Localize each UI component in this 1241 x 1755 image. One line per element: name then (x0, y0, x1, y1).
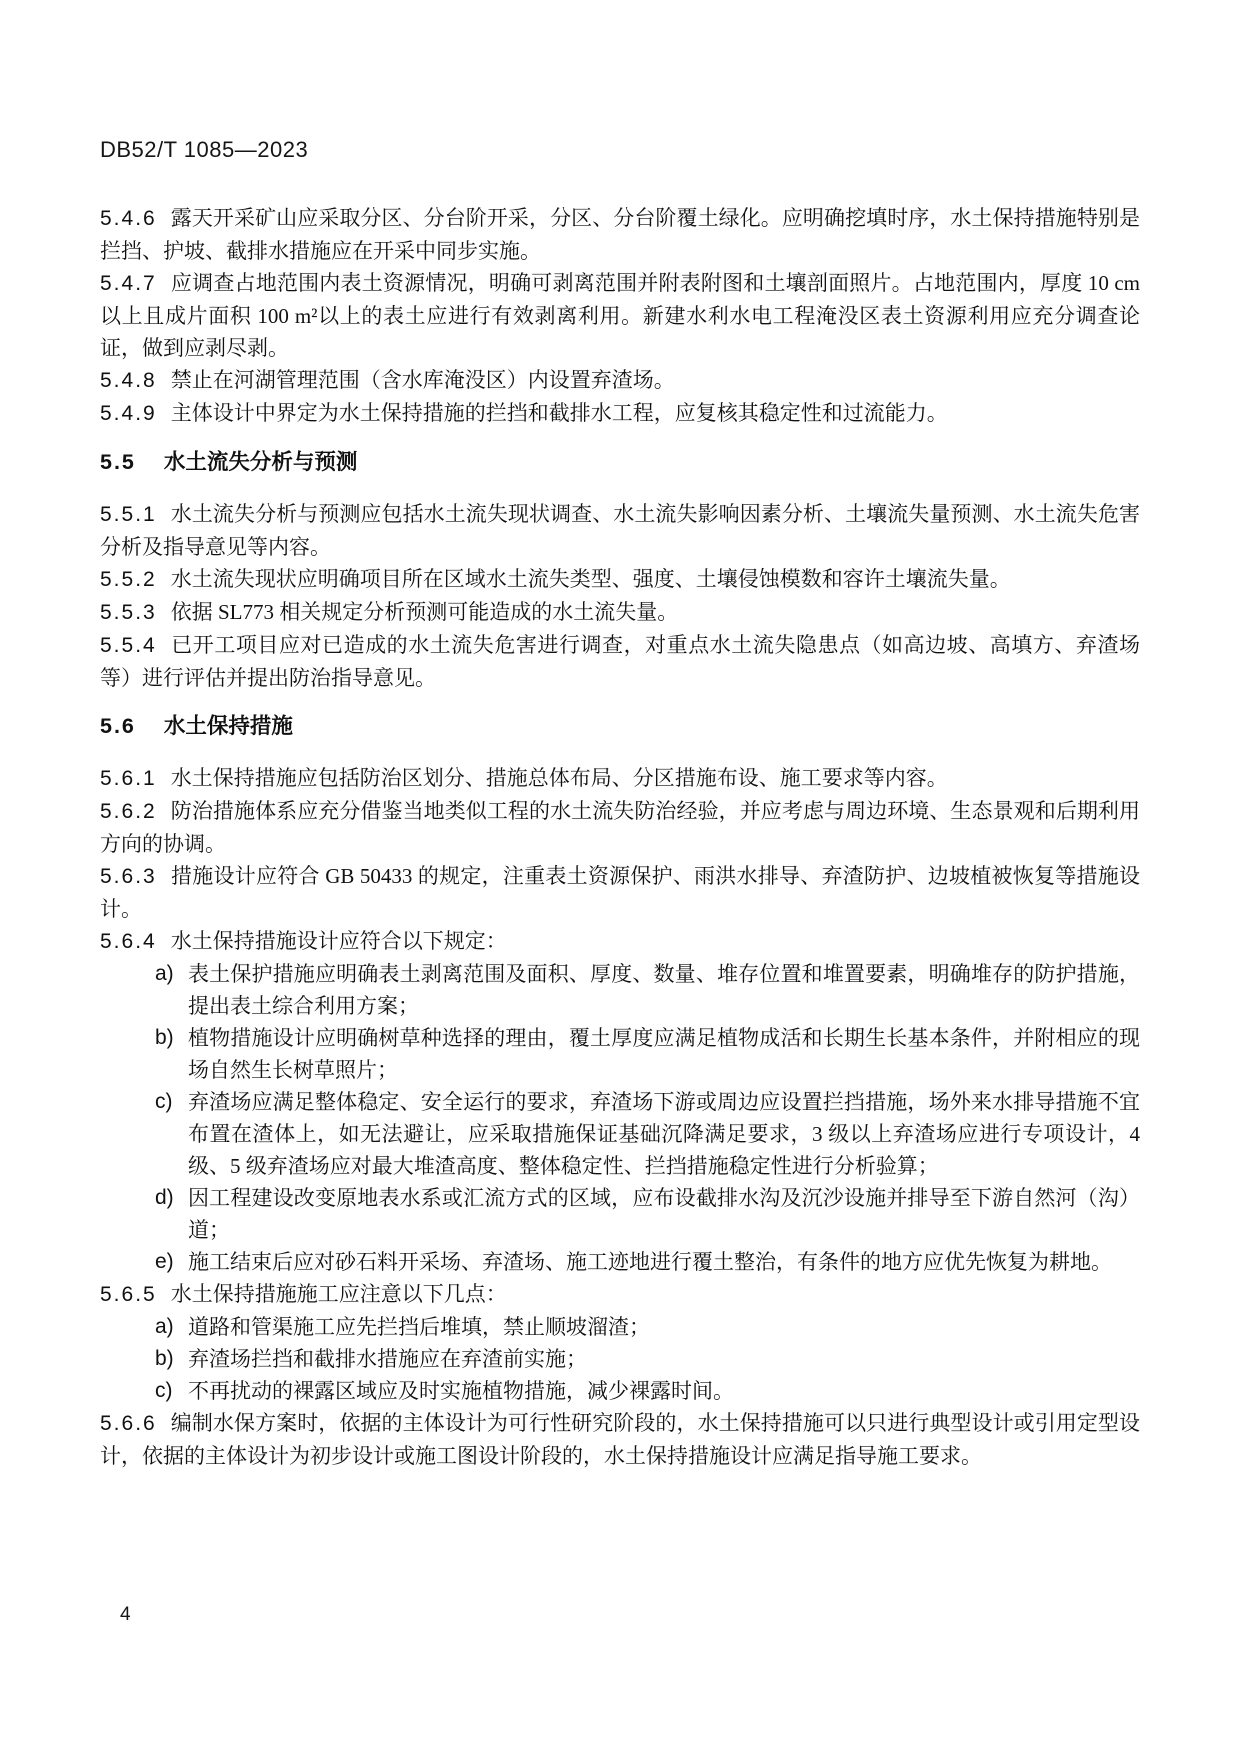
section-number: 5.6 (100, 714, 136, 738)
list-item-5-6-5-c: c)不再扰动的裸露区域应及时实施植物措施，减少裸露时间。 (100, 1375, 1140, 1407)
list-item-text: 植物措施设计应明确树草种选择的理由，覆土厚度应满足植物成活和长期生长基本条件，并… (188, 1022, 1140, 1086)
clause-number: 5.6.3 (100, 865, 157, 888)
clause-5-5-1: 5.5.1水土流失分析与预测应包括水土流失现状调查、水土流失影响因素分析、土壤流… (100, 498, 1140, 563)
clause-5-6-4: 5.6.4水土保持措施设计应符合以下规定： (100, 925, 1140, 958)
clause-5-6-3: 5.6.3措施设计应符合 GB 50433 的规定，注重表土资源保护、雨洪水排导… (100, 860, 1140, 925)
clause-text: 水土流失分析与预测应包括水土流失现状调查、水土流失影响因素分析、土壤流失量预测、… (100, 502, 1140, 559)
list-item-label: b) (155, 1022, 188, 1086)
section-heading-5-6: 5.6水土保持措施 (100, 710, 1140, 742)
clause-number: 5.4.7 (100, 272, 157, 295)
section-number: 5.5 (100, 450, 136, 474)
list-item-label: a) (155, 1311, 188, 1343)
section-heading-5-5: 5.5水土流失分析与预测 (100, 446, 1140, 478)
list-item-label: a) (155, 958, 188, 1022)
clause-text: 水土保持措施设计应符合以下规定： (171, 929, 507, 953)
clause-5-5-2: 5.5.2水土流失现状应明确项目所在区域水土流失类型、强度、土壤侵蚀模数和容许土… (100, 563, 1140, 596)
list-item-5-6-5-a: a)道路和管渠施工应先拦挡后堆填，禁止顺坡溜渣； (100, 1311, 1140, 1343)
clause-number: 5.4.8 (100, 369, 157, 392)
list-item-label: c) (155, 1375, 188, 1407)
list-item-5-6-4-b: b)植物措施设计应明确树草种选择的理由，覆土厚度应满足植物成活和长期生长基本条件… (100, 1022, 1140, 1086)
list-item-5-6-4-c: c)弃渣场应满足整体稳定、安全运行的要求，弃渣场下游或周边应设置拦挡措施，场外来… (100, 1086, 1140, 1182)
list-item-label: c) (155, 1086, 188, 1182)
clause-number: 5.6.1 (100, 767, 157, 790)
clause-5-5-3: 5.5.3依据 SL773 相关规定分析预测可能造成的水土流失量。 (100, 596, 1140, 629)
list-item-5-6-4-e: e)施工结束后应对砂石料开采场、弃渣场、施工迹地进行覆土整治，有条件的地方应优先… (100, 1246, 1140, 1278)
list-item-text: 表土保护措施应明确表土剥离范围及面积、厚度、数量、堆存位置和堆置要素，明确堆存的… (188, 958, 1140, 1022)
list-item-text: 不再扰动的裸露区域应及时实施植物措施，减少裸露时间。 (188, 1375, 1140, 1407)
clause-text: 主体设计中界定为水土保持措施的拦挡和截排水工程，应复核其稳定性和过流能力。 (171, 401, 948, 425)
clause-number: 5.4.9 (100, 402, 157, 425)
clause-text: 依据 SL773 相关规定分析预测可能造成的水土流失量。 (171, 600, 679, 624)
clause-5-6-6: 5.6.6编制水保方案时，依据的主体设计为可行性研究阶段的，水土保持措施可以只进… (100, 1407, 1140, 1472)
section-title: 水土流失分析与预测 (164, 450, 358, 474)
clause-number: 5.5.3 (100, 601, 157, 624)
clause-number: 5.6.4 (100, 930, 157, 953)
clause-number: 5.5.1 (100, 503, 157, 526)
clause-number: 5.6.6 (100, 1412, 157, 1435)
list-item-label: d) (155, 1182, 188, 1246)
clause-text: 防治措施体系应充分借鉴当地类似工程的水土流失防治经验，并应考虑与周边环境、生态景… (100, 799, 1140, 856)
clause-5-6-5: 5.6.5水土保持措施施工应注意以下几点： (100, 1278, 1140, 1311)
clause-5-5-4: 5.5.4已开工项目应对已造成的水土流失危害进行调查，对重点水土流失隐患点（如高… (100, 629, 1140, 694)
clause-5-4-8: 5.4.8禁止在河湖管理范围（含水库淹没区）内设置弃渣场。 (100, 364, 1140, 397)
clause-5-4-6: 5.4.6露天开采矿山应采取分区、分台阶开采，分区、分台阶覆土绿化。应明确挖填时… (100, 202, 1140, 267)
list-item-label: e) (155, 1246, 188, 1278)
list-item-label: b) (155, 1343, 188, 1375)
page-number: 4 (120, 1604, 131, 1626)
clause-text: 编制水保方案时，依据的主体设计为可行性研究阶段的，水土保持措施可以只进行典型设计… (100, 1411, 1140, 1468)
list-item-text: 道路和管渠施工应先拦挡后堆填，禁止顺坡溜渣； (188, 1311, 1140, 1343)
list-item-text: 施工结束后应对砂石料开采场、弃渣场、施工迹地进行覆土整治，有条件的地方应优先恢复… (188, 1246, 1140, 1278)
clause-5-4-7: 5.4.7应调查占地范围内表土资源情况，明确可剥离范围并附表附图和土壤剖面照片。… (100, 267, 1140, 364)
clause-number: 5.5.2 (100, 568, 157, 591)
clause-text: 应调查占地范围内表土资源情况，明确可剥离范围并附表附图和土壤剖面照片。占地范围内… (100, 271, 1140, 360)
clause-text: 措施设计应符合 GB 50433 的规定，注重表土资源保护、雨洪水排导、弃渣防护… (100, 864, 1140, 921)
clause-text: 水土流失现状应明确项目所在区域水土流失类型、强度、土壤侵蚀模数和容许土壤流失量。 (171, 567, 1011, 591)
document-page: DB52/T 1085—2023 5.4.6露天开采矿山应采取分区、分台阶开采，… (0, 0, 1241, 1755)
clause-number: 5.5.4 (100, 634, 157, 657)
list-item-5-6-5-b: b)弃渣场拦挡和截排水措施应在弃渣前实施； (100, 1343, 1140, 1375)
clause-text: 已开工项目应对已造成的水土流失危害进行调查，对重点水土流失隐患点（如高边坡、高填… (100, 633, 1140, 690)
clause-number: 5.6.2 (100, 800, 157, 823)
clause-text: 禁止在河湖管理范围（含水库淹没区）内设置弃渣场。 (171, 368, 675, 392)
clause-text: 露天开采矿山应采取分区、分台阶开采，分区、分台阶覆土绿化。应明确挖填时序，水土保… (100, 206, 1140, 263)
clause-number: 5.4.6 (100, 207, 157, 230)
clause-text: 水土保持措施应包括防治区划分、措施总体布局、分区措施布设、施工要求等内容。 (171, 766, 948, 790)
clause-5-4-9: 5.4.9主体设计中界定为水土保持措施的拦挡和截排水工程，应复核其稳定性和过流能… (100, 397, 1140, 430)
section-title: 水土保持措施 (164, 714, 293, 738)
list-item-text: 弃渣场拦挡和截排水措施应在弃渣前实施； (188, 1343, 1140, 1375)
list-item-5-6-4-d: d)因工程建设改变原地表水系或汇流方式的区域，应布设截排水沟及沉沙设施并排导至下… (100, 1182, 1140, 1246)
list-item-text: 弃渣场应满足整体稳定、安全运行的要求，弃渣场下游或周边应设置拦挡措施，场外来水排… (188, 1086, 1140, 1182)
doc-code: DB52/T 1085—2023 (100, 138, 1140, 162)
list-item-text: 因工程建设改变原地表水系或汇流方式的区域，应布设截排水沟及沉沙设施并排导至下游自… (188, 1182, 1140, 1246)
document-body: 5.4.6露天开采矿山应采取分区、分台阶开采，分区、分台阶覆土绿化。应明确挖填时… (100, 202, 1140, 1472)
clause-text: 水土保持措施施工应注意以下几点： (171, 1282, 507, 1306)
clause-number: 5.6.5 (100, 1283, 157, 1306)
list-item-5-6-4-a: a)表土保护措施应明确表土剥离范围及面积、厚度、数量、堆存位置和堆置要素，明确堆… (100, 958, 1140, 1022)
clause-5-6-2: 5.6.2防治措施体系应充分借鉴当地类似工程的水土流失防治经验，并应考虑与周边环… (100, 795, 1140, 860)
clause-5-6-1: 5.6.1水土保持措施应包括防治区划分、措施总体布局、分区措施布设、施工要求等内… (100, 762, 1140, 795)
